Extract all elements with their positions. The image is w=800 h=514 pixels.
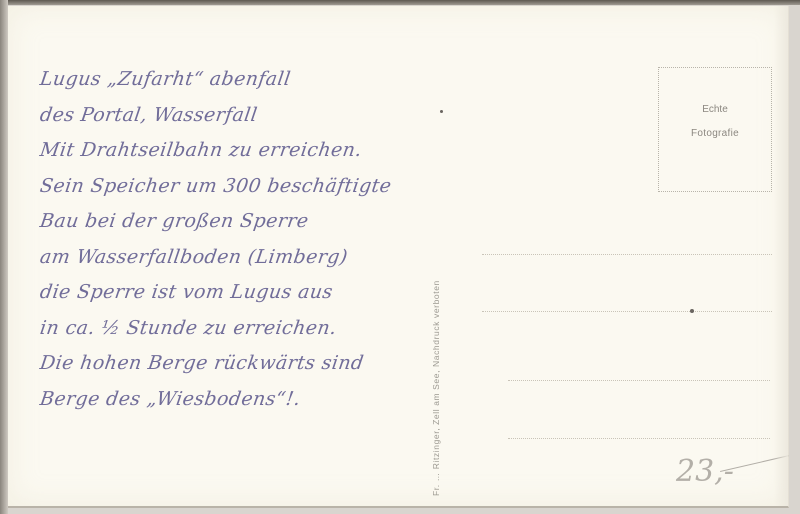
- postcard-back: Lugus „Zufarht“ abenfall des Portal, Was…: [8, 6, 789, 508]
- message-line: in ca. ½ Stunde zu erreichen.: [38, 311, 463, 347]
- message-line: Die hohen Berge rückwärts sind: [38, 346, 463, 382]
- message-line: Sein Speicher um 300 beschäftigte: [38, 169, 463, 205]
- address-line-4: [508, 438, 770, 439]
- message-line: Lugus „Zufarht“ abenfall: [38, 62, 463, 98]
- publisher-imprint: Fr. … Ritzinger, Zell am See, Nachdruck …: [431, 56, 441, 496]
- message-line: des Portal, Wasserfall: [38, 98, 463, 134]
- pencil-price-note: 23,-: [676, 454, 734, 489]
- message-line: am Wasserfallboden (Limberg): [38, 240, 463, 276]
- stamp-box: Echte Fotografie: [658, 67, 772, 192]
- message-line: Bau bei der großen Sperre: [38, 204, 463, 240]
- ink-speck: [440, 110, 443, 113]
- message-line: Berge des „Wiesbodens“!.: [38, 382, 463, 418]
- scanner-top-edge: [0, 0, 800, 5]
- message-line: die Sperre ist vom Lugus aus: [38, 275, 463, 311]
- address-line-1: [482, 254, 772, 255]
- postcard-scan: Lugus „Zufarht“ abenfall des Portal, Was…: [0, 0, 800, 514]
- ink-speck: [690, 309, 694, 313]
- stamp-box-label-1: Echte: [659, 104, 771, 115]
- message-line: Mit Drahtseilbahn zu erreichen.: [38, 133, 463, 169]
- address-line-3: [508, 380, 770, 381]
- address-line-2: [482, 311, 772, 312]
- stamp-box-label-2: Fotografie: [659, 128, 771, 139]
- scanner-left-edge: [0, 0, 8, 514]
- handwritten-message: Lugus „Zufarht“ abenfall des Portal, Was…: [40, 62, 460, 417]
